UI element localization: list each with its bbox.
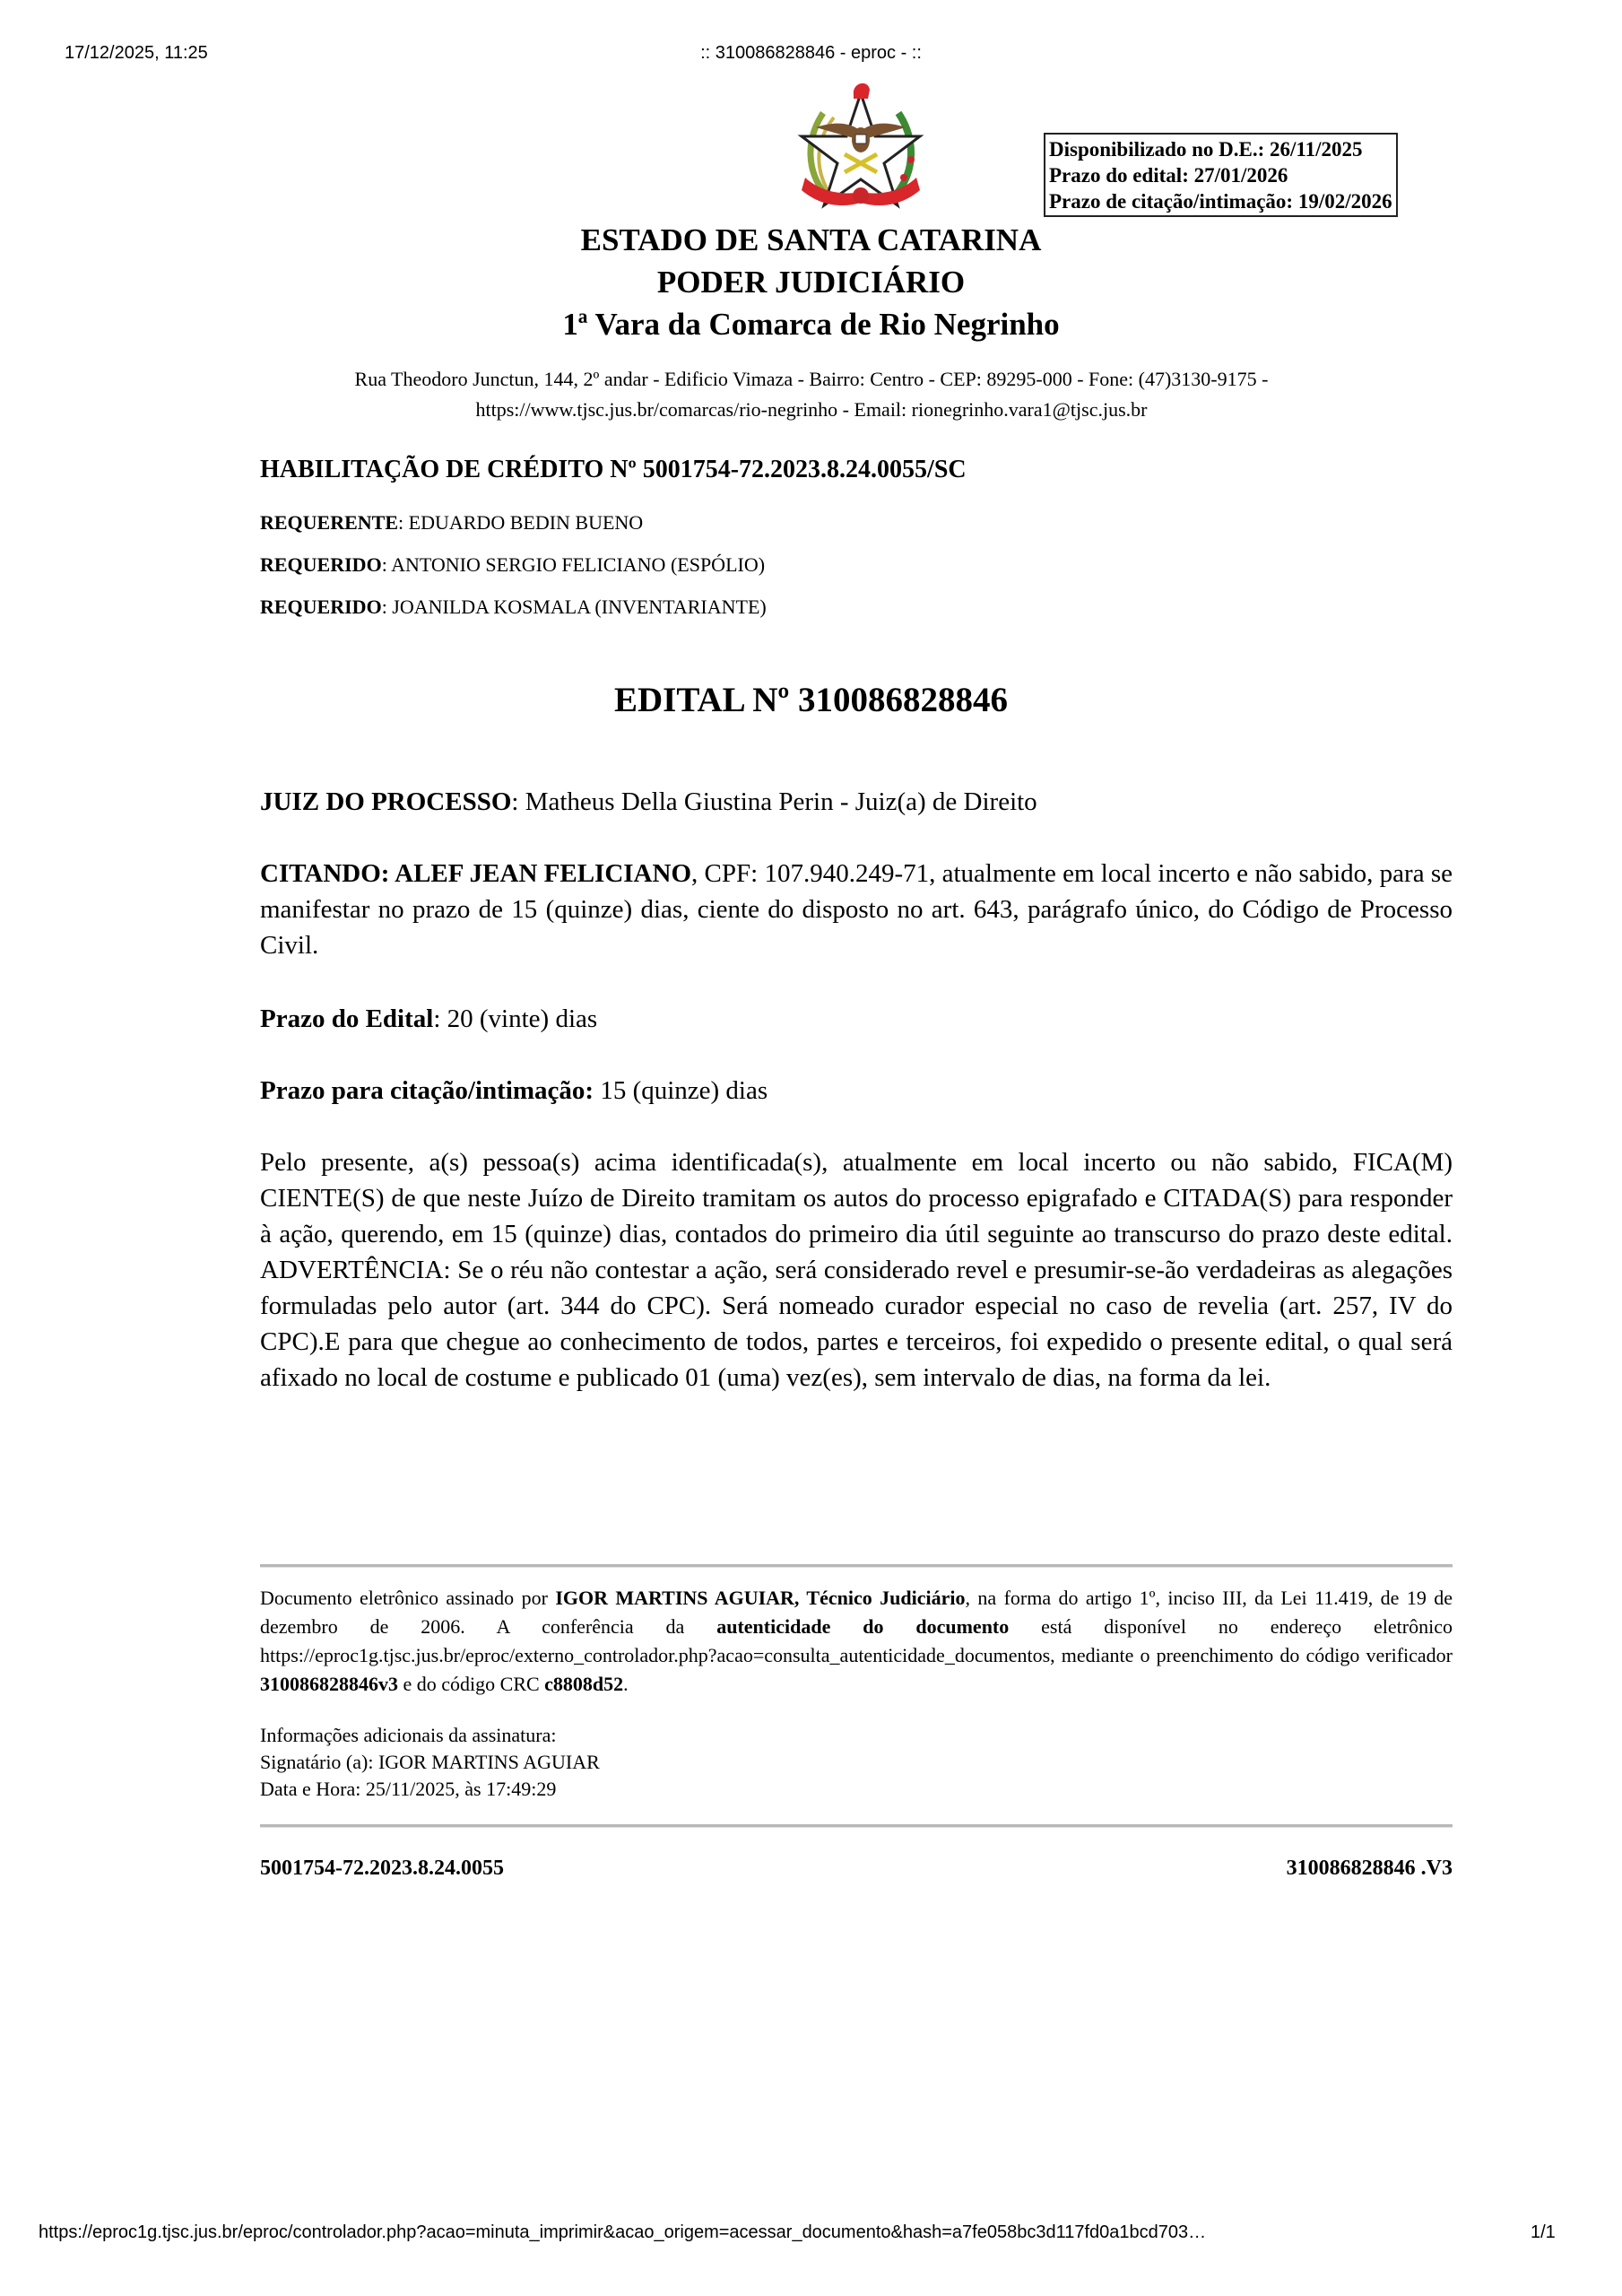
electronic-signature-notice: Documento eletrônico assinado por IGOR M… [260, 1584, 1453, 1699]
institution-state: ESTADO DE SANTA CATARINA [0, 222, 1622, 258]
print-url: https://eproc1g.tjsc.jus.br/eproc/contro… [39, 2222, 1206, 2243]
publication-dates-box: Disponibilizado no D.E.: 26/11/2025 Praz… [1044, 133, 1398, 217]
prazo-edital-value: : 20 (vinte) dias [433, 1004, 597, 1033]
prazo-citacao-line: Prazo para citação/intimação: 15 (quinze… [260, 1073, 1453, 1109]
publication-date: Disponibilizado no D.E.: 26/11/2025 [1049, 136, 1392, 162]
party-role: REQUERIDO [260, 596, 382, 618]
edital-main-paragraph: Pelo presente, a(s) pessoa(s) acima iden… [260, 1144, 1453, 1396]
verifier-code: 310086828846v3 [260, 1673, 398, 1695]
party-requerido-2: REQUERIDO: JOANILDA KOSMALA (INVENTARIAN… [260, 596, 1453, 619]
sig-text-part: Documento eletrônico assinado por [260, 1587, 555, 1609]
court-address: Rua Theodoro Junctun, 144, 2º andar - Ed… [260, 364, 1363, 425]
judge-line: JUIZ DO PROCESSO: Matheus Della Giustina… [260, 784, 1453, 820]
authenticity-label: autenticidade do documento [716, 1615, 1009, 1638]
signatory: Signatário (a): IGOR MARTINS AGUIAR [260, 1749, 1453, 1776]
party-requerente: REQUERENTE: EDUARDO BEDIN BUENO [260, 511, 1453, 535]
divider [260, 1564, 1453, 1568]
citando-paragraph: CITANDO: ALEF JEAN FELICIANO, CPF: 107.9… [260, 856, 1453, 963]
santa-catarina-coat-of-arms-icon [789, 77, 932, 221]
institution-branch: PODER JUDICIÁRIO [0, 265, 1622, 300]
signature-datetime: Data e Hora: 25/11/2025, às 17:49:29 [260, 1776, 1453, 1803]
edital-title: EDITAL Nº 310086828846 [0, 680, 1622, 720]
citando-label: CITANDO: ALEF JEAN FELICIANO [260, 859, 691, 888]
sig-info-heading: Informações adicionais da assinatura: [260, 1722, 1453, 1749]
prazo-citacao-label: Prazo para citação/intimação: [260, 1076, 594, 1105]
address-line-2: https://www.tjsc.jus.br/comarcas/rio-neg… [260, 395, 1363, 425]
case-title: HABILITAÇÃO DE CRÉDITO Nº 5001754-72.202… [260, 456, 1453, 484]
party-name: : JOANILDA KOSMALA (INVENTARIANTE) [382, 596, 767, 618]
sig-text-part: . [623, 1673, 629, 1695]
judge-label: JUIZ DO PROCESSO [260, 787, 511, 816]
prazo-citacao-value: 15 (quinze) dias [594, 1076, 768, 1105]
edital-deadline: Prazo do edital: 27/01/2026 [1049, 162, 1392, 188]
prazo-edital-label: Prazo do Edital [260, 1004, 433, 1033]
footer-process-number: 5001754-72.2023.8.24.0055 [260, 1857, 504, 1881]
citation-deadline: Prazo de citação/intimação: 19/02/2026 [1049, 188, 1392, 214]
institution-court: 1ª Vara da Comarca de Rio Negrinho [0, 307, 1622, 343]
print-header: 17/12/2025, 11:25 :: 310086828846 - epro… [0, 43, 1622, 70]
signer-name: IGOR MARTINS AGUIAR, Técnico Judiciário [555, 1587, 965, 1609]
party-requerido-1: REQUERIDO: ANTONIO SERGIO FELICIANO (ESP… [260, 553, 1453, 577]
signature-additional-info: Informações adicionais da assinatura: Si… [260, 1722, 1453, 1803]
party-role: REQUERENTE [260, 511, 398, 534]
footer-document-version: 310086828846 .V3 [1237, 1857, 1453, 1881]
print-page-title: :: 310086828846 - eproc - :: [0, 43, 1622, 64]
crc-code: c8808d52 [544, 1673, 623, 1695]
address-line-1: Rua Theodoro Junctun, 144, 2º andar - Ed… [260, 364, 1363, 395]
sig-text-part: e do código CRC [398, 1673, 544, 1695]
judge-value: : Matheus Della Giustina Perin - Juiz(a)… [511, 787, 1037, 816]
party-name: : EDUARDO BEDIN BUENO [398, 511, 643, 534]
prazo-edital-line: Prazo do Edital: 20 (vinte) dias [260, 1001, 1453, 1037]
divider [260, 1824, 1453, 1828]
party-name: : ANTONIO SERGIO FELICIANO (ESPÓLIO) [382, 553, 765, 576]
print-page-number: 1/1 [1531, 2222, 1556, 2243]
party-role: REQUERIDO [260, 553, 382, 576]
